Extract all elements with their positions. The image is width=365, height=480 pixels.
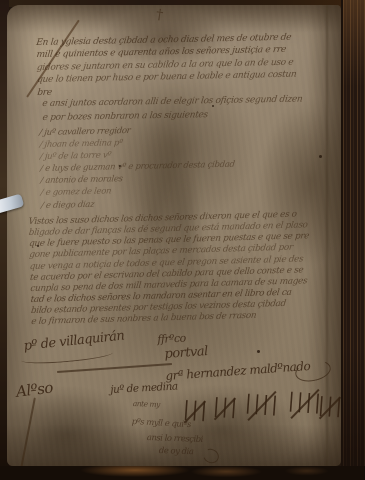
signature-5: juº de medina xyxy=(110,380,178,396)
signature-descender-stroke xyxy=(20,398,35,466)
ink-speck xyxy=(257,350,260,353)
ink-speck xyxy=(212,105,214,107)
page-stack-edge-right xyxy=(341,0,365,480)
bottom-note: de oy dia xyxy=(159,446,194,457)
tally-group: ||| xyxy=(212,393,240,419)
resolution-paragraph: Vistos los suso dichos los dichos señore… xyxy=(29,209,312,328)
signature-2-line2: portval xyxy=(164,344,208,362)
ink-speck xyxy=(119,165,121,167)
opening-paragraph: En la yglesia desta çibdad a ocho dias d… xyxy=(37,32,298,99)
bottom-note: pºs myll e quiºs xyxy=(131,417,191,430)
tally-group: ||| xyxy=(182,396,210,422)
ante-mi-note: ante my xyxy=(133,399,160,409)
tally-group: |||| xyxy=(244,390,281,416)
signature-2: ffrºco xyxy=(157,332,186,346)
attendance-list: / juº cavallero rregidor / jhoan de medi… xyxy=(40,123,236,212)
bottom-note-flourish xyxy=(201,446,221,465)
ink-speck xyxy=(319,155,322,158)
signature-3: grª hernandez maldºnado xyxy=(165,359,311,383)
signature-rubric-stroke xyxy=(57,363,172,373)
ink-layer: † En la yglesia desta çibdad a ocho dias… xyxy=(7,5,341,466)
manuscript-page: † En la yglesia desta çibdad a ocho dias… xyxy=(7,5,341,466)
tally-group: ||| xyxy=(317,392,341,418)
invocation-cross: † xyxy=(155,7,164,24)
ink-speck xyxy=(37,245,39,247)
session-lines: e ansi juntos acordaron alli de elegir l… xyxy=(43,93,304,125)
manuscript-photo: † En la yglesia desta çibdad a ocho dias… xyxy=(0,0,365,480)
binding-edge-bottom xyxy=(0,466,365,480)
bottom-note: ansi lo rresçibi xyxy=(147,433,203,445)
